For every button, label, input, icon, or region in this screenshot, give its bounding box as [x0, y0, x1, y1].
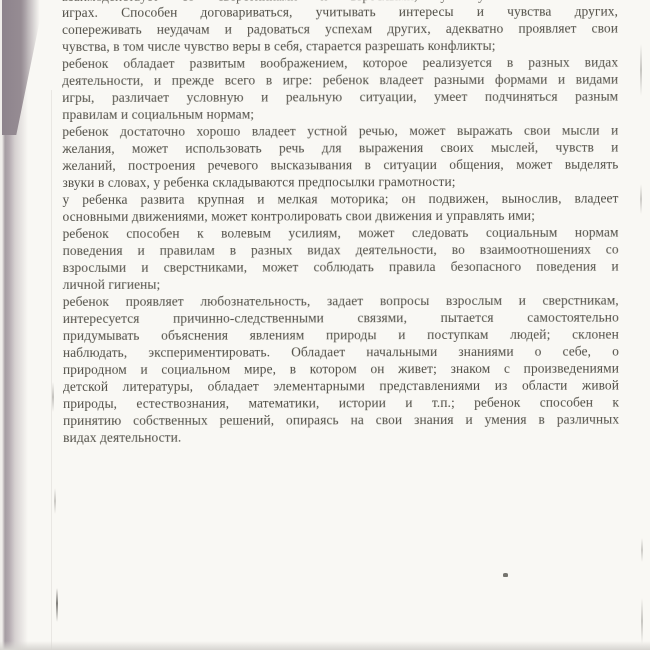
text-line: ребенок проявляет любознательность, зада…	[63, 292, 619, 310]
text-line: личной гигиены;	[63, 275, 619, 293]
scan-crease-dash	[54, 488, 56, 514]
text-line: желаний, построения речевого высказывани…	[62, 156, 618, 174]
text-line: играх. Способен договариваться, учитыват…	[62, 3, 618, 21]
scanned-document-page: взаимодействует со сверстниками и взросл…	[0, 0, 650, 650]
text-line: основными движениями, может контролирова…	[63, 207, 619, 225]
text-line: наблюдать, экспериментировать. Обладает …	[63, 343, 619, 361]
text-line: деятельности, и прежде всего в игре: реб…	[62, 71, 618, 89]
text-line: детской литературы, обладает элементарны…	[63, 377, 619, 395]
text-line: природном и социальном мире, в котором о…	[63, 360, 619, 378]
scan-corner-shadow-wedge	[2, 0, 44, 135]
text-line: поведения и правилам в разных видах деят…	[63, 241, 619, 259]
text-line: взрослыми и сверстниками, может соблюдат…	[63, 258, 619, 276]
document-text-block: взаимодействует со сверстниками и взросл…	[62, 0, 619, 446]
text-line: сопереживать неудачам и радоваться успех…	[62, 20, 618, 38]
text-line: игры, различает условную и реальную ситу…	[62, 88, 618, 106]
text-line: у ребенка развита крупная и мелкая мотор…	[63, 190, 619, 208]
text-line: правилам и социальным нормам;	[62, 105, 618, 123]
text-line: ребенок достаточно хорошо владеет устной…	[62, 122, 618, 140]
scan-right-edge-mark	[641, 538, 643, 562]
text-line: чувства, в том числе чувство веры в себя…	[62, 37, 618, 55]
text-line: придумывать объяснения явлениям природы …	[63, 326, 619, 344]
text-line: видах деятельности.	[63, 428, 619, 446]
text-line: ребенок способен к волевым усилиям, може…	[63, 224, 619, 242]
scan-left-edge-shadow	[0, 0, 32, 650]
scan-right-edge-mark	[640, 44, 642, 96]
scan-crease-line	[51, 90, 52, 650]
scan-right-edge-mark	[641, 598, 643, 644]
scan-crease-dash	[52, 382, 54, 412]
scan-right-edge-mark	[640, 184, 642, 214]
text-line: ребенок обладает развитым воображением, …	[62, 54, 618, 72]
scan-fold-mark	[56, 588, 58, 622]
scan-bottom-edge-shadow	[0, 641, 650, 650]
ink-speck	[503, 573, 508, 577]
text-line: принятию собственных решений, опираясь н…	[63, 411, 619, 429]
text-line: желания, может использовать речь для выр…	[62, 139, 618, 157]
text-line: звуки в словах, у ребенка складываются п…	[62, 173, 618, 191]
text-line: интересуется причинно-следственными связ…	[63, 309, 619, 327]
text-line: природы, естествознания, математики, ист…	[63, 394, 619, 412]
